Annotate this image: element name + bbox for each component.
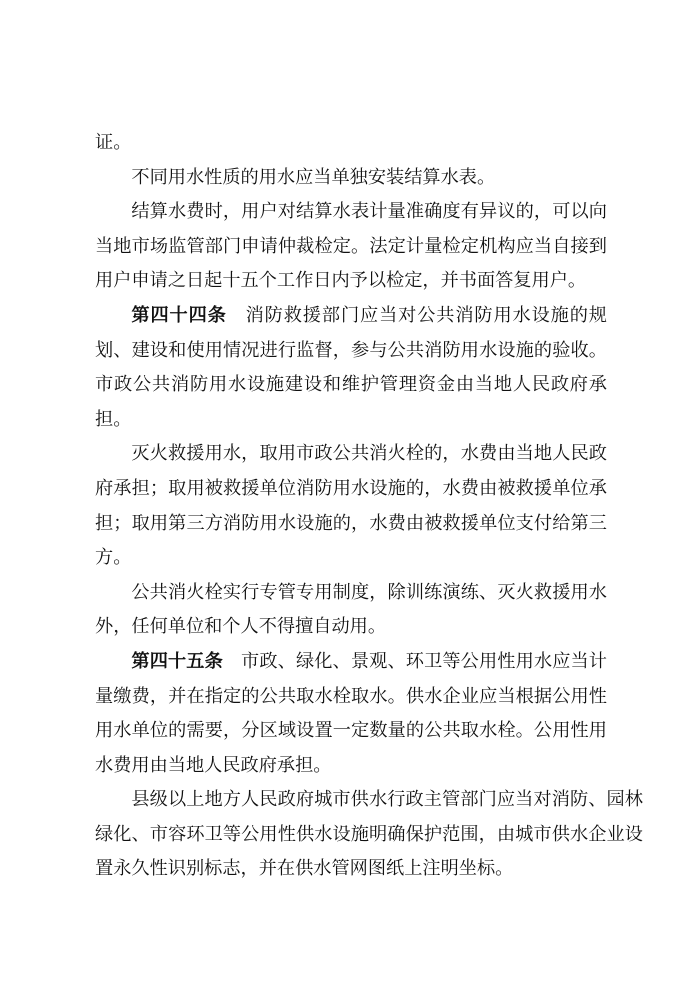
article-number: 第四十四条 <box>131 305 226 326</box>
paragraph-text: 不同用水性质的用水应当单独安装结算水表。 <box>131 167 495 188</box>
paragraph-text: 县级以上地方人民政府城市供水行政主管部门应当对消防、园林绿化、市容环卫等公用性供… <box>95 789 643 879</box>
article-45: 第四十五条市政、绿化、景观、环卫等公用性用水应当计量缴费，并在指定的公共取水栓取… <box>95 645 607 783</box>
article-number: 第四十五条 <box>131 651 223 672</box>
paragraph-hydrant-management: 公共消火栓实行专管专用制度，除训练演练、灭火救援用水外，任何单位和个人不得擅自动… <box>95 576 607 645</box>
paragraph-firefighting-water: 灭火救援用水，取用市政公共消火栓的，水费由当地人民政府承担；取用被救援单位消防用… <box>95 437 607 575</box>
paragraph-text: 灭火救援用水，取用市政公共消火栓的，水费由当地人民政府承担；取用被救援单位消防用… <box>95 443 607 568</box>
paragraph-text: 证。 <box>95 132 131 153</box>
paragraph-continuation: 证。 <box>95 126 607 161</box>
paragraph-text: 公共消火栓实行专管专用制度，除训练演练、灭火救援用水外，任何单位和个人不得擅自动… <box>95 582 607 638</box>
paragraph-protection-range: 县级以上地方人民政府城市供水行政主管部门应当对消防、园林绿化、市容环卫等公用性供… <box>95 783 643 887</box>
paragraph-separate-meters: 不同用水性质的用水应当单独安装结算水表。 <box>95 161 607 196</box>
paragraph-meter-dispute: 结算水费时，用户对结算水表计量准确度有异议的，可以向当地市场监管部门申请仲裁检定… <box>95 195 607 299</box>
document-page: 证。 不同用水性质的用水应当单独安装结算水表。 结算水费时，用户对结算水表计量准… <box>95 126 607 887</box>
paragraph-text: 结算水费时，用户对结算水表计量准确度有异议的，可以向当地市场监管部门申请仲裁检定… <box>95 201 607 291</box>
article-44: 第四十四条消防救援部门应当对公共消防用水设施的规划、建设和使用情况进行监督，参与… <box>95 299 607 437</box>
